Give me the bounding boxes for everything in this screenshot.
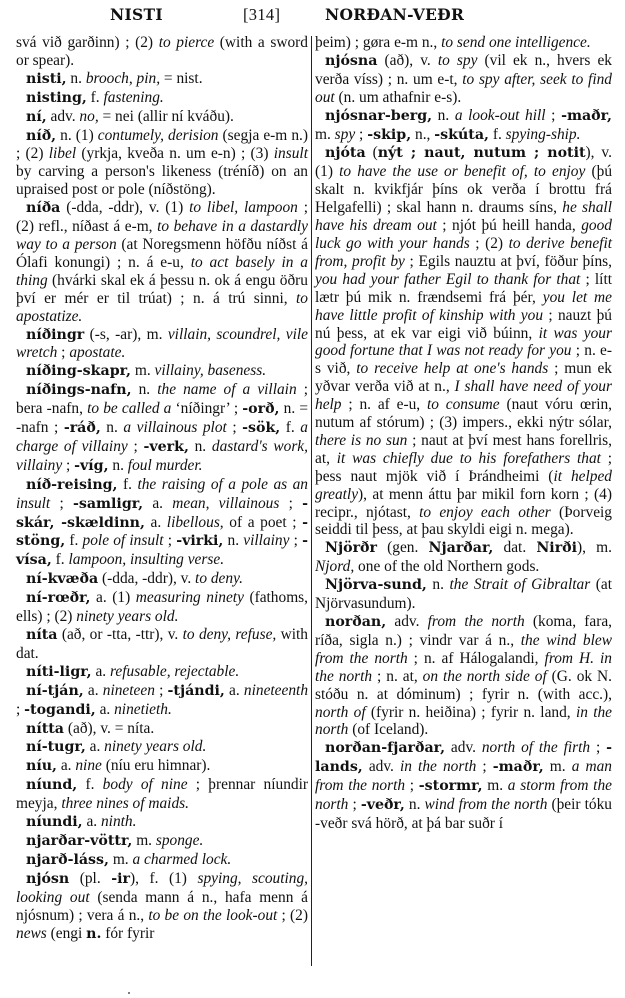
entry-text: ; [164,532,177,549]
entry-text: ; [590,739,606,756]
headword: -samligr, [73,496,143,512]
definition-text: spying-ship. [506,126,581,143]
definition-text: to spy [438,52,478,69]
definition-text: to libel, lampoon [189,199,298,216]
headword: -togandi, [24,702,96,718]
definition-text: refusable, rejectable. [110,663,239,680]
headword: níund, [26,777,77,793]
definition-text: libel [49,145,76,162]
headword: njarðar-vöttr, [26,833,132,849]
entry-text: (að, or -tta, -ttr), v. [57,626,182,643]
dictionary-entry: njarðar-vöttr, m. sponge. [16,832,308,851]
entry-text: m. [131,362,155,379]
entry-text: (engi [47,925,86,942]
right-guide-word: NORĐAN-VEĐR [325,5,464,24]
definition-text: ninth. [101,813,137,830]
definition-text: the name of a villain [157,381,296,398]
entry-text: f. [280,419,300,436]
definition-text: villainy [243,532,289,549]
entry-text: m. [109,851,133,868]
headword: -maðr, [561,108,612,124]
definition-text: mean, villainous [172,495,279,512]
headword: níu, [26,758,57,774]
headword: norðan-fjarðar, [325,740,445,756]
headword: -stormr, [419,778,483,794]
entry-text: f. [489,126,506,143]
dictionary-entry: ní-rœðr, a. (1) measuring ninety (fathom… [16,589,308,626]
entry-text: ; [62,457,74,474]
headword: Njörva-sund, [325,577,427,593]
headword: n. [86,926,101,942]
entry-text: a. [84,682,103,699]
definition-text: there is no sun [315,432,407,449]
definition-text: pole of insult [83,532,164,549]
headword: norðan, [325,614,386,630]
headword: -skúta, [434,127,489,143]
page-number: [314] [243,5,280,25]
dictionary-entry: ní-tugr, a. ninety years old. [16,738,308,757]
definition-text: to be on the look-out [148,907,277,924]
headword: níðings-nafn, [26,382,132,398]
definition-text: wind from the north [425,796,548,813]
entry-text: ; [16,701,24,718]
entry-text: n. [132,381,158,398]
definition-text: no, [79,108,98,125]
entry-text: (yrkja, kveða n. um e-n) ; (3) [76,145,274,162]
entry-text: (of Iceland). [348,721,428,738]
dictionary-entry: nisti, n. brooch, pin, = nist. [16,70,308,89]
definition-text: to pierce [159,34,214,51]
definition-text: to be called a [87,400,171,417]
entry-text: ; [279,495,302,512]
entry-text: ; [476,758,492,775]
headword: -skip, [367,127,411,143]
entry-text: n. [189,438,212,455]
headword: níðingr [26,327,84,343]
definition-text: insult [274,145,308,162]
definition-text: sponge. [156,832,203,849]
headword: ní-kvæða [26,571,98,587]
entry-text: of a poet ; [224,514,302,531]
dictionary-entry: njarð-láss, m. a charmed lock. [16,851,308,870]
definition-text: apostate. [69,344,125,361]
entry-text: n. [432,107,455,124]
dictionary-entry: níð-reising, f. the raising of a pole as… [16,476,308,571]
entry-text: n. [405,796,425,813]
dictionary-entry: njósnar-berg, n. a look-out hill ; -maðr… [315,107,612,145]
dictionary-entry: níu, a. nine (níu eru himnar). [16,757,308,776]
headword: -ir [111,871,130,887]
entry-text: (gen. [377,539,429,556]
headword: njósn [26,871,69,887]
dictionary-entry: nítta (að), v. = níta. [16,720,308,739]
headword: Njörðr [325,540,377,556]
entry-text: ; njót þú heill handa, [437,217,581,234]
entry-text: ; [546,107,562,124]
definition-text: lampoon, insulting verse. [68,551,224,568]
headword: níð, [26,128,56,144]
headword: nýt ; naut, nutum ; notit [378,145,586,161]
definition-text: villainy, baseness. [155,362,267,379]
dictionary-entry: Njörva-sund, n. the Strait of Gibraltar … [315,576,612,613]
dictionary-entry: níðings-nafn, n. the name of a villain ;… [16,381,308,476]
entry-text: ; [128,438,144,455]
entry-text: dat. [493,539,536,556]
headword: Njarðar, [429,540,494,556]
print-speck [128,992,130,994]
definition-text: to send one intelligence. [441,34,591,51]
entry-text: n. [101,419,124,436]
definition-text: on the north side of [423,668,547,685]
continued-entry: þeim) ; gøra e-m n., to send one intelli… [315,34,612,52]
entry-text: ; [289,532,302,549]
headword: níti-ligr, [26,664,92,680]
definition-text: nineteen [103,682,155,699]
continued-entry: svá við garðinn) ; (2) to pierce (with a… [16,34,308,70]
entry-text: n. [109,457,128,474]
entry-text: f. [52,551,69,568]
entry-text: adv. [363,758,400,775]
headword: -verk, [143,439,188,455]
headword: ní-tugr, [26,739,86,755]
entry-text: ; [50,495,73,512]
left-column: svá við garðinn) ; (2) to pierce (with a… [16,34,308,943]
entry-text: ; [405,777,419,794]
headword: ní, [26,109,47,125]
entry-text: (að), v. [377,52,437,69]
entry-text: (að), v. = níta. [64,720,154,737]
entry-text: a. [143,495,172,512]
headword: -veðr, [361,797,405,813]
entry-text: (fyrir n. heiðina) ; fyrir n. land, [366,704,576,721]
entry-text: ( [366,144,378,161]
definition-text: a villainous plot [123,419,226,436]
entry-text: þeim) ; gøra e-m n., [315,34,441,51]
entry-text: fór fyrir [101,925,154,942]
entry-text: n. [67,70,86,87]
headword: ní-tján, [26,683,84,699]
entry-text: f. [77,776,102,793]
entry-text: ; [227,419,242,436]
definition-text: north of [315,704,366,721]
definition-text: ninety years old. [76,608,178,625]
dictionary-entry: Njörðr (gen. Njarðar, dat. Nirði), m. Nj… [315,539,612,576]
definition-text: measuring ninety [136,589,244,606]
headword: níð-reising, [26,477,118,493]
dictionary-entry: ní, adv. no, = nei (allir ní kváðu). [16,108,308,127]
definition-text: you had your father Egil to thank for th… [315,271,580,288]
definition-text: to deny, refuse, [183,626,277,643]
definition-text: north of the firth [482,739,590,756]
definition-text: three nines of maids. [61,795,189,812]
entry-text: ; n. at, [372,668,423,685]
definition-text: to have the use or benefit of, to enjoy [339,163,585,180]
entry-text: a. (1) [91,589,136,606]
definition-text: brooch, pin, [86,70,160,87]
headword: níta [26,627,57,643]
headword: Nirði [536,540,577,556]
entry-text: (-s, -ar), m. [84,326,168,343]
entry-text: (pl. [69,870,111,887]
headword: nítta [26,721,64,737]
definition-text: in the north [400,758,476,775]
definition-text: to receive help at one's hands [356,360,548,377]
headword: -orð, [242,401,279,417]
entry-text: ; (2) [277,907,308,924]
headword: nisting, [26,90,87,106]
entry-text: f. [87,89,104,106]
entry-text: svá við garðinn) ; (2) [16,34,159,51]
dictionary-entry: norðan-fjarðar, adv. north of the firth … [315,739,612,833]
left-guide-word: NISTI [110,5,163,24]
entry-text: a. [86,738,104,755]
headword: níundi, [26,814,83,830]
entry-text: f. [118,476,138,493]
entry-text: = nei (allir ní kváðu). [99,108,234,125]
definition-text: ninety years old. [104,738,206,755]
entry-text: one of the old Northern gods. [354,558,539,575]
entry-text: n. [427,576,450,593]
entry-text: a. [225,682,244,699]
entry-text: m. [483,777,508,794]
entry-text: ; [348,796,360,813]
entry-text: ), f. (1) [130,870,197,887]
definition-text: a look-out hill [455,107,546,124]
headword: ní-rœðr, [26,590,91,606]
definition-text: ninetieth. [114,701,172,718]
definition-text: foul murder. [128,457,203,474]
entry-text: ; Egils nauztu at því, föður þíns, [405,253,612,270]
entry-text: a. [145,514,167,531]
definition-text: to deny. [195,570,243,587]
dictionary-entry: níundi, a. ninth. [16,813,308,832]
dictionary-entry: njósna (að), v. to spy (vil ek n., hvers… [315,52,612,107]
entry-text: = nist. [160,70,202,87]
definition-text: spy [335,126,356,143]
headword: níðing-skapr, [26,363,131,379]
entry-text: m. [315,126,335,143]
dictionary-entry: ní-kvæða (-dda, -ddr), v. to deny. [16,570,308,589]
headword: -tjándi, [168,683,225,699]
dictionary-entry: níð, n. (1) contumely, derision (segja e… [16,127,308,200]
headword: njósna [325,53,377,69]
headword: njósnar-berg, [325,108,432,124]
entry-text: a. [96,701,114,718]
entry-text: ; [57,344,69,361]
entry-text: (hvárki skal ek á þessu n. ok á engu öðr… [16,272,308,307]
definition-text: nineteenth [244,682,308,699]
headword: nisti, [26,71,67,87]
entry-text: ; [355,126,367,143]
definition-text: nine [75,757,102,774]
headword: -víg, [74,458,108,474]
dictionary-entry: níðing-skapr, m. villainy, baseness. [16,362,308,381]
dictionary-entry: níða (-dda, -ddr), v. (1) to libel, lamp… [16,199,308,325]
entry-text: a. [92,663,110,680]
definition-text: contumely, derision [98,127,219,144]
entry-text: adv. [47,108,80,125]
entry-text: (n. um athafnir e-s). [335,89,462,106]
entry-text: ; n. af Hálogalandi, [408,650,545,667]
definition-text: the Strait of Gibraltar [450,576,591,593]
entry-text: ‘níðingr’ ; [171,400,242,417]
dictionary-entry: níund, f. body of nine ; þrennar níundir… [16,776,308,813]
entry-text: m. [132,832,156,849]
right-column: þeim) ; gøra e-m n., to send one intelli… [315,34,612,833]
entry-text: (-dda, -ddr), v. (1) [60,199,189,216]
entry-text: ; (2) [470,235,509,252]
definition-text: body of nine [103,776,188,793]
entry-text: m. [544,758,572,775]
definition-text: libellous, [167,514,224,531]
entry-text: adv. [386,613,427,630]
headword: njarð-láss, [26,852,109,868]
dictionary-entry: níta (að, or -tta, -ttr), v. to deny, re… [16,626,308,663]
definition-text: Njord, [315,558,354,575]
dictionary-entry: ní-tján, a. nineteen ; -tjándi, a. ninet… [16,682,308,720]
entry-text: n. [223,532,243,549]
entry-text: a. [57,757,75,774]
headword: níða [26,200,60,216]
headword: -ráð, [64,420,101,436]
entry-text: (níu eru himnar). [102,757,211,774]
dictionary-entry: níti-ligr, a. refusable, rejectable. [16,663,308,682]
entry-text: (-dda, -ddr), v. [98,570,195,587]
entry-text: f. [65,532,82,549]
column-divider [311,36,312,966]
definition-text: to consume [427,396,500,413]
definition-text: fastening. [103,89,163,106]
headword: -maðr, [493,759,544,775]
definition-text: a charmed lock. [132,851,231,868]
definition-text: from the north [428,613,525,630]
dictionary-entry: njósn (pl. -ir), f. (1) spying, scouting… [16,870,308,944]
entry-text: adv. [445,739,482,756]
definition-text: to enjoy each other [419,504,551,521]
dictionary-entry: níðingr (-s, -ar), m. villain, scoundrel… [16,326,308,363]
definition-text: news [16,925,47,942]
entry-text: a. [83,813,101,830]
definition-text: it was chiefly due to his forefathers th… [337,450,601,467]
headword: -sök, [242,420,280,436]
entry-text: n., [411,126,434,143]
dictionary-entry: nisting, f. fastening. [16,89,308,108]
dictionary-entry: njóta (nýt ; naut, nutum ; notit), v. (1… [315,144,612,539]
entry-text: n. (1) [56,127,98,144]
entry-text: by carving a person's likeness (tréníð) … [16,163,308,198]
headword: njóta [325,145,366,161]
entry-text: ), m. [577,539,612,556]
entry-text: ; [155,682,168,699]
headword: -virki, [176,533,223,549]
entry-text: ; n. af e-u, [342,396,427,413]
dictionary-entry: norðan, adv. from the north (koma, fara,… [315,613,612,739]
page-header: NISTI [314] NORĐAN-VEĐR [0,0,625,30]
